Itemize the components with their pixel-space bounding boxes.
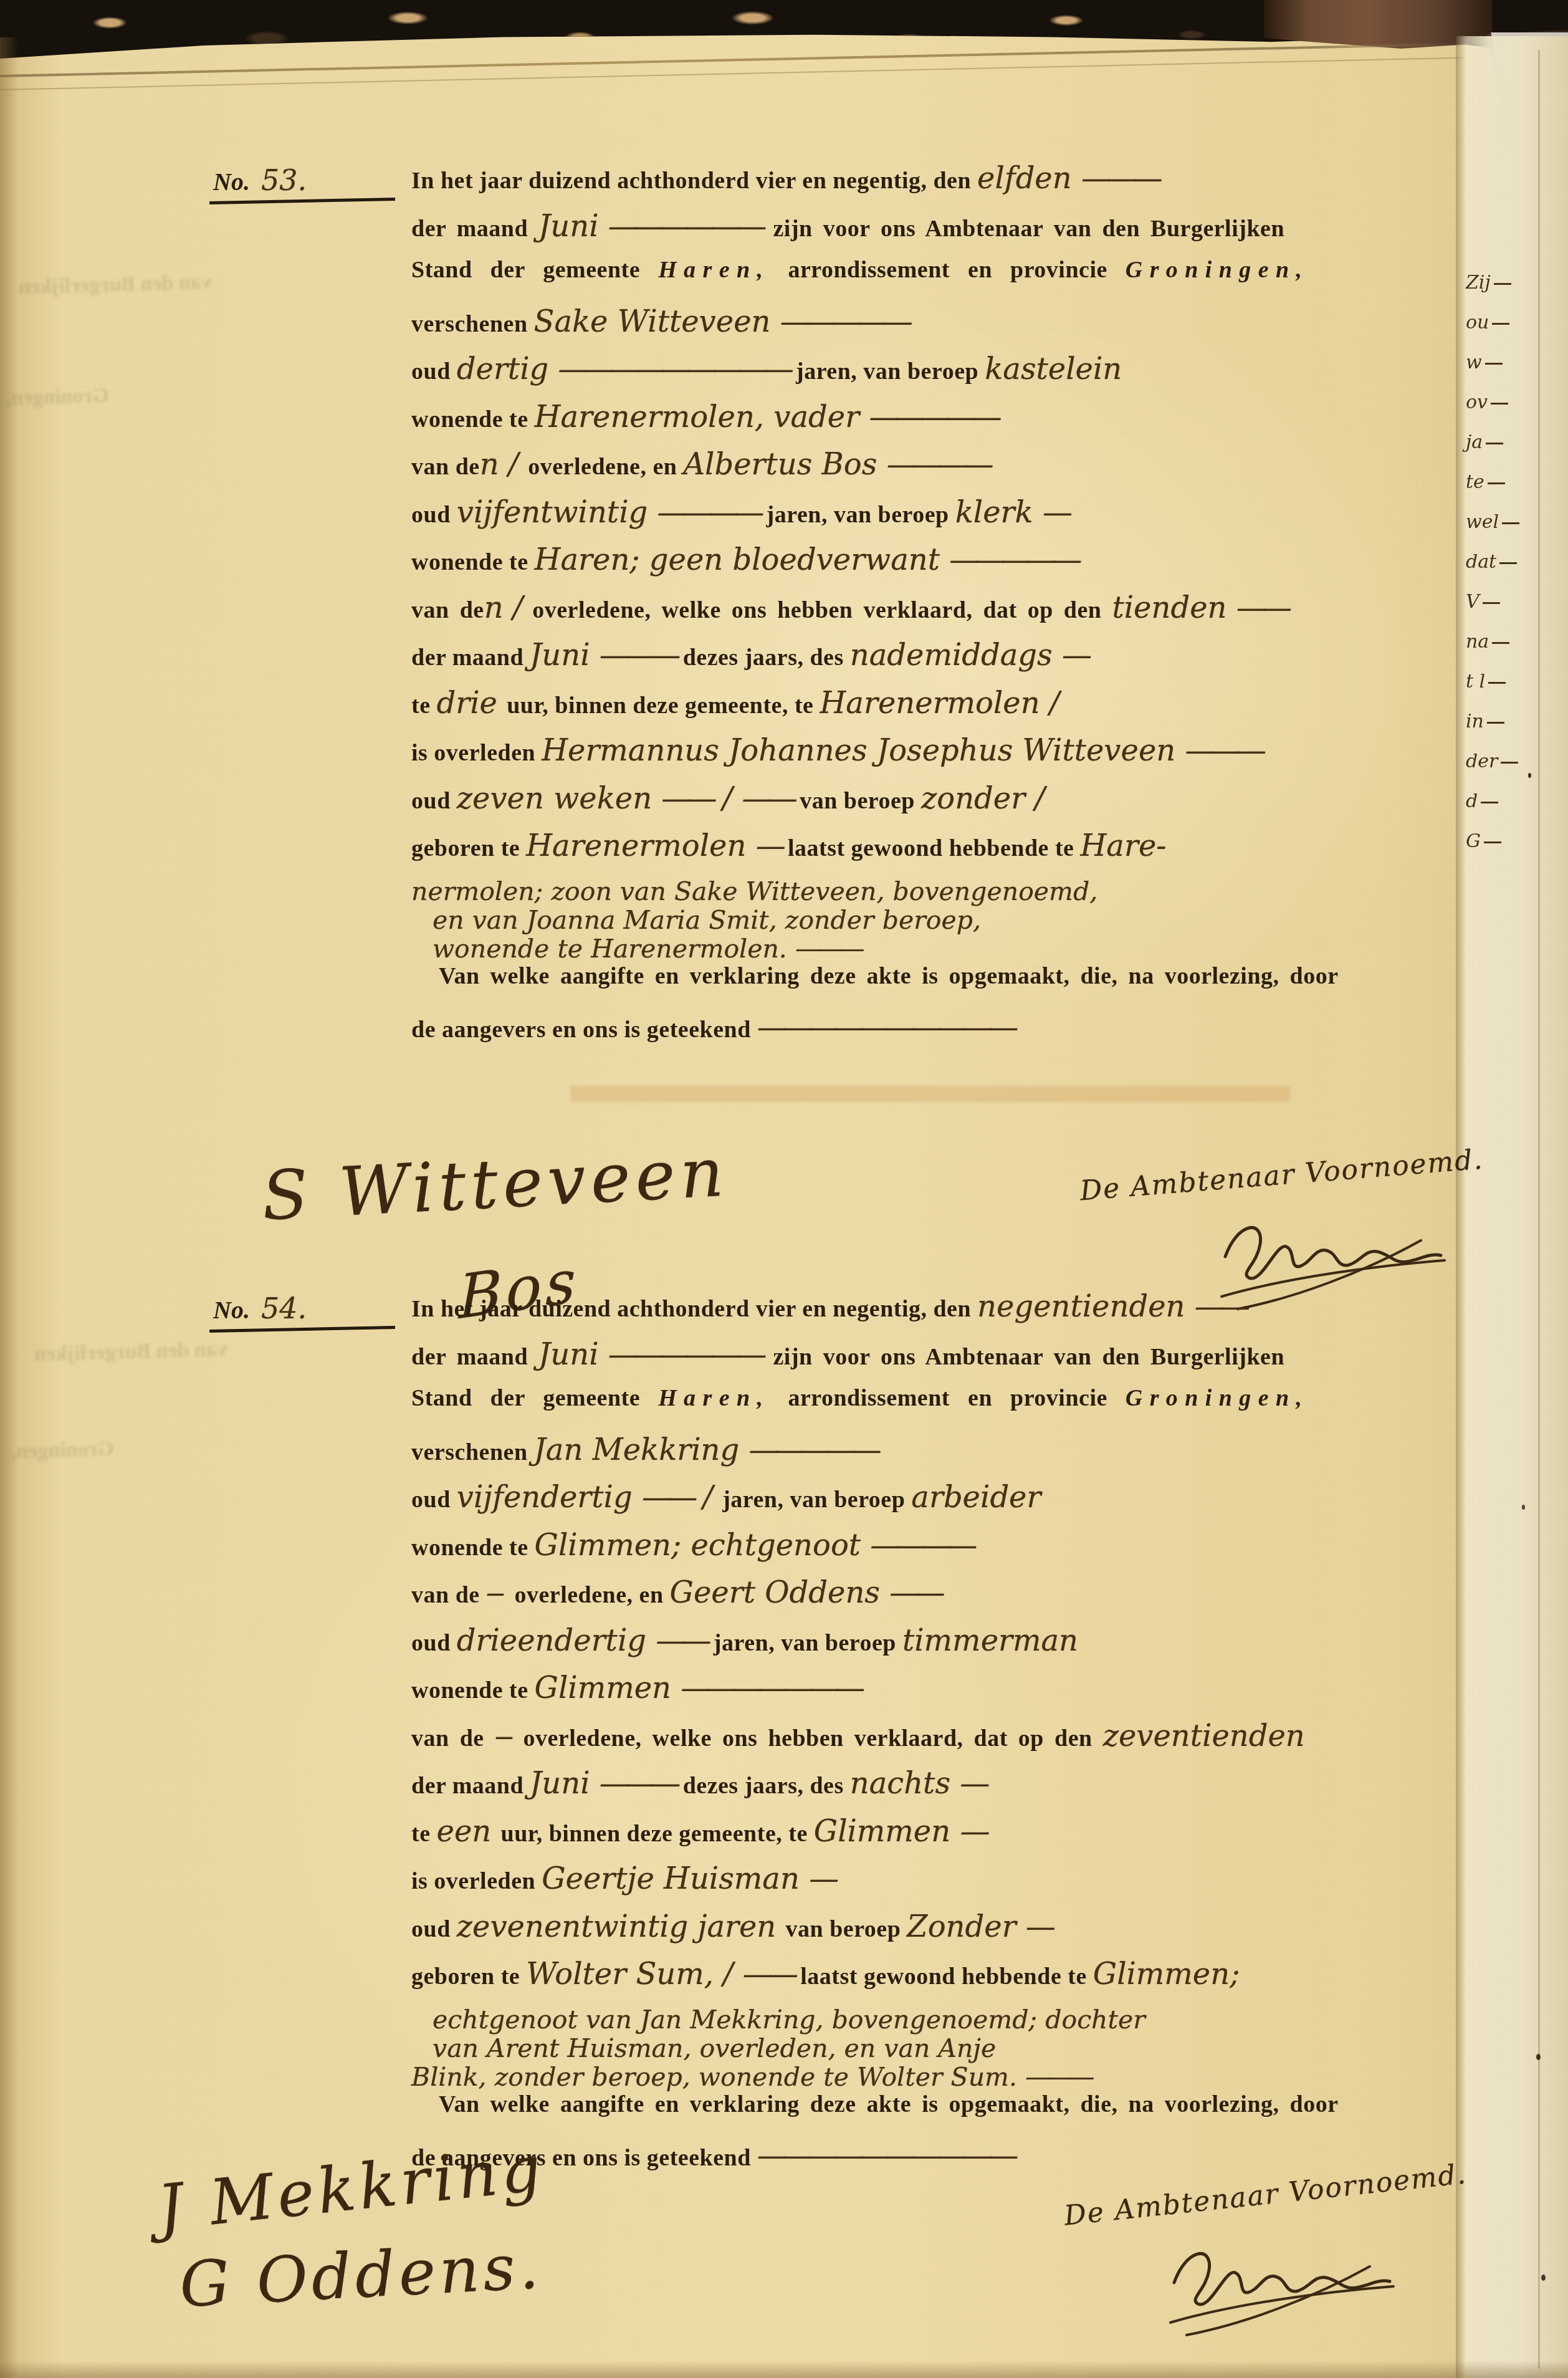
- record-number-value: 53.: [261, 163, 307, 197]
- handwritten-text: Glimmen: [814, 1814, 960, 1849]
- handwritten-text: Harenermolen /: [820, 686, 1059, 721]
- pen-rule: —: [960, 1766, 985, 1801]
- act-line: echtgenoot van Jan Mekkring, bovengenoem…: [411, 2005, 1458, 2033]
- handwritten-text: van Arent Huisman, overleden, en van Anj…: [433, 2033, 996, 2063]
- printed-text: laatst gewoond hebbende te: [794, 1963, 1093, 1990]
- act-line: van den / overledene, welke ons hebben v…: [411, 590, 1458, 638]
- pen-rule: —: [1043, 495, 1068, 530]
- record-number-value: 54.: [261, 1292, 307, 1325]
- pen-rule: —————————: [558, 352, 790, 386]
- printed-text: overledene, en: [514, 1582, 669, 1608]
- pen-rule: ———: [1081, 161, 1159, 196]
- handwritten-text: Zonder: [907, 1909, 1026, 1944]
- edge-fragment: G: [1466, 830, 1566, 870]
- handwritten-text: een: [437, 1814, 501, 1849]
- act-line: is overleden Hermannus Johannes Josephus…: [411, 733, 1458, 781]
- act-line: der maand Juni —————— zijn voor ons Ambt…: [411, 209, 1458, 257]
- printed-text: wonende te: [411, 1535, 535, 1561]
- edge-fragment: t l: [1466, 671, 1566, 711]
- handwritten-text: echtgenoot van Jan Mekkring, bovengenoem…: [433, 2005, 1145, 2035]
- printed-text: jaren, van beroep: [722, 1487, 911, 1513]
- official-signature-icon: [1164, 2229, 1432, 2338]
- handwritten-text: Juni: [538, 1337, 608, 1372]
- printed-text: oud: [411, 502, 457, 528]
- act-line: Blink, zonder beroep, wonende te Wolter …: [411, 2062, 1458, 2091]
- pen-rule: —————: [780, 304, 909, 339]
- edge-fragment: V: [1466, 591, 1566, 631]
- act-line: wonende te Glimmen; echtgenoot ————: [411, 1528, 1458, 1576]
- act-line: oud vijfendertig —— / jaren, van beroep …: [411, 1480, 1458, 1528]
- handwritten-text: dertig: [457, 352, 558, 386]
- act-line: wonende te Haren; geen bloedverwant ————…: [411, 542, 1458, 590]
- printed-text: In het jaar duizend achthonderd vier en …: [411, 168, 977, 194]
- handwritten-text: nermolen; zoon van Sake Witteveen, boven…: [411, 876, 1097, 906]
- handwritten-text: Juni: [538, 209, 608, 244]
- act-line: nermolen; zoon van Sake Witteveen, boven…: [411, 876, 1458, 905]
- printed-text: arrondissement en provincie: [770, 257, 1125, 283]
- pen-rule: ——: [661, 781, 713, 816]
- pen-rule: ———: [795, 934, 861, 964]
- printed-text: overledene, en: [528, 454, 683, 480]
- pen-rule: ——: [742, 781, 794, 816]
- act-line: van de ‒ overledene, welke ons hebben ve…: [411, 1719, 1458, 1767]
- printed-text: wonende te: [411, 549, 535, 575]
- handwritten-text: nachts: [850, 1766, 960, 1801]
- edge-fragment: w: [1466, 352, 1566, 391]
- pen-rule: —————: [869, 400, 997, 434]
- printed-text: oud: [411, 1916, 457, 1942]
- record-number-label: No.: [213, 168, 250, 196]
- act-line: In het jaar duizend achthonderd vier en …: [411, 1289, 1458, 1337]
- printed-text: jaren, van beroep: [790, 358, 985, 385]
- handwritten-text: Albertus Bos: [683, 447, 886, 482]
- act-line: Van welke aangifte en verklaring deze ak…: [411, 2091, 1458, 2139]
- act-line: wonende te Harenermolen. ———: [411, 934, 1458, 962]
- pen-rule: ———————: [681, 1671, 861, 1705]
- printed-text: wonende te: [411, 406, 535, 433]
- handwritten-text: n /: [484, 590, 533, 625]
- printed-text: van beroep: [786, 1916, 907, 1942]
- printed-text: te: [411, 1821, 437, 1847]
- signature-g-oddens: G Oddens.: [178, 2230, 544, 2321]
- printed-text: verschenen: [411, 311, 534, 337]
- pen-rule: —: [809, 1861, 834, 1896]
- act-line: Stand der gemeente Haren, arrondissement…: [411, 1384, 1458, 1432]
- handwritten-text: zeven weken: [457, 781, 662, 816]
- handwritten-text: timmerman: [902, 1623, 1078, 1658]
- printed-text: van de: [411, 454, 480, 480]
- printed-text: uur, binnen deze gemeente, te: [501, 1821, 814, 1847]
- handwritten-text: kastelein: [985, 352, 1122, 386]
- act-line: Van welke aangifte en verklaring deze ak…: [411, 962, 1458, 1010]
- handwritten-text: ‒: [495, 1719, 523, 1753]
- printed-text: is overleden: [411, 1868, 542, 1894]
- edge-fragment: Zij: [1466, 272, 1566, 312]
- pen-rule: ——: [889, 1575, 941, 1610]
- printed-text: geboren te: [411, 1963, 526, 1990]
- bleed-through-text: Groningen,: [11, 1437, 115, 1464]
- handwritten-text: zonder /: [921, 781, 1045, 816]
- edge-fragment: ov: [1466, 391, 1566, 431]
- printed-text: Stand der gemeente: [411, 1385, 658, 1411]
- act-line: te een uur, binnen deze gemeente, te Gli…: [411, 1814, 1458, 1862]
- handwritten-text: wonende te Harenermolen.: [433, 934, 795, 964]
- printed-text: laatst gewoond hebbende te: [782, 835, 1081, 861]
- act-line: te drie uur, binnen deze gemeente, te Ha…: [411, 686, 1458, 734]
- act-line: van de ‒ overledene, en Geert Oddens ——: [411, 1575, 1458, 1623]
- bleed-through-text: van den Burgerlijken: [19, 271, 213, 299]
- printed-text: jaren, van beroep: [760, 502, 955, 528]
- handwritten-text: Wolter Sum, /: [526, 1957, 742, 1992]
- handwritten-text: Harenermolen: [526, 828, 755, 863]
- printed-text: overledene, welke ons hebben verklaard, …: [532, 597, 1112, 623]
- printed-text: is overleden: [411, 740, 542, 766]
- printed-text: van beroep: [793, 788, 921, 814]
- adjacent-page-text-fragments: ZijouwovjateweldatVnat linderdG: [1466, 272, 1566, 870]
- handwritten-text: drieendertig: [457, 1623, 656, 1658]
- pen-rule: ——: [656, 1623, 707, 1658]
- printed-text: In het jaar duizend achthonderd vier en …: [411, 1296, 977, 1322]
- death-record-54: No. 54. In het jaar duizend achthonderd …: [411, 1289, 1458, 2186]
- printed-text: van de: [411, 597, 484, 623]
- handwritten-text: n /: [480, 447, 528, 482]
- printed-text: jaren, van beroep: [707, 1630, 902, 1656]
- act-line: oud drieendertig —— jaren, van beroep ti…: [411, 1623, 1458, 1671]
- handwritten-text: en van Joanna Maria Smit, zonder beroep,: [433, 905, 981, 935]
- edge-fragment: na: [1466, 631, 1566, 671]
- handwritten-text: Geert Oddens: [670, 1575, 890, 1610]
- page-bottom-edge: [0, 2361, 1568, 2378]
- printed-text: dezes jaars, des: [677, 645, 850, 671]
- pen-rule: ———: [1185, 733, 1262, 768]
- printed-text: Groningen,: [1126, 1385, 1309, 1411]
- printed-text: geboren te: [411, 835, 526, 861]
- printed-text: wonende te: [411, 1677, 535, 1704]
- printed-text: dezes jaars, des: [677, 1773, 850, 1799]
- edge-fragment: der: [1466, 750, 1566, 790]
- act-line: van den / overledene, en Albertus Bos ——…: [411, 447, 1458, 495]
- handwritten-text: Haren; geen bloedverwant: [535, 542, 950, 577]
- act-line: oud zeven weken —— / —— van beroep zonde…: [411, 781, 1458, 829]
- pen-rule: —: [1026, 1909, 1051, 1944]
- pen-rule: —————: [748, 1432, 877, 1467]
- act-line: oud vijfentwintig ———— jaren, van beroep…: [411, 495, 1458, 543]
- handwritten-text: ‒: [486, 1575, 515, 1610]
- printed-text: verschenen: [411, 1439, 534, 1465]
- act-line: der maand Juni —————— zijn voor ons Ambt…: [411, 1337, 1458, 1385]
- register-page: van den Burgerlijken Groningen, van den …: [0, 0, 1568, 2378]
- printed-text: Stand der gemeente: [411, 257, 658, 283]
- pen-rule: ——: [1195, 1289, 1246, 1324]
- handwritten-text: /: [693, 1480, 722, 1515]
- printed-text: uur, binnen deze gemeente, te: [507, 693, 820, 719]
- printed-text: arrondissement en provincie: [770, 1385, 1125, 1411]
- printed-text: oud: [411, 358, 457, 385]
- handwritten-text: Juni: [530, 638, 600, 673]
- act-line: Stand der gemeente Haren, arrondissement…: [411, 256, 1458, 304]
- act-line: der maand Juni ——— dezes jaars, des nach…: [411, 1766, 1458, 1814]
- pen-rule: ——————: [608, 209, 763, 244]
- bleed-through-text: Groningen,: [6, 384, 110, 410]
- pen-rule: ————: [657, 495, 760, 530]
- printed-text: Groningen,: [1126, 257, 1309, 283]
- printed-text: van de: [411, 1582, 486, 1608]
- handwritten-text: Glimmen: [535, 1671, 681, 1705]
- printed-text: der maand: [411, 216, 538, 242]
- printed-text: overledene, welke ons hebben verklaard, …: [523, 1725, 1102, 1752]
- bleed-through-text: van den Burgerlijken: [34, 1338, 228, 1366]
- printed-text: de aangevers en ons is geteekend: [411, 1017, 757, 1043]
- printed-text: oud: [411, 1630, 457, 1656]
- act-line: en van Joanna Maria Smit, zonder beroep,: [411, 905, 1458, 934]
- printed-text: zijn voor ons Ambtenaar van den Burgerli…: [762, 1344, 1284, 1370]
- record-number-label: No.: [213, 1296, 250, 1324]
- handwritten-text: nademiddags: [850, 638, 1062, 673]
- pen-rule: ——————————: [757, 2138, 1015, 2173]
- pen-rule: ——: [642, 1480, 694, 1515]
- printed-text: oud: [411, 1487, 457, 1513]
- record-number-underline: [209, 198, 395, 204]
- act-line: der maand Juni ——— dezes jaars, des nade…: [411, 638, 1458, 686]
- scan-light-band: [570, 1086, 1290, 1102]
- handwritten-text: vijfendertig: [457, 1480, 642, 1515]
- pen-rule: —: [756, 828, 782, 863]
- death-record-53: No. 53. In het jaar duizend achthonderd …: [411, 161, 1458, 1058]
- pen-rule: —: [960, 1814, 985, 1849]
- act-line: In het jaar duizend achthonderd vier en …: [411, 161, 1458, 209]
- record-number-underline: [209, 1326, 395, 1333]
- handwritten-text: Glimmen;: [1093, 1957, 1240, 1992]
- printed-text: van de: [411, 1725, 495, 1752]
- handwritten-text: Geertje Huisman: [542, 1861, 809, 1896]
- record-number: No. 53.: [213, 163, 307, 197]
- printed-text: oud: [411, 788, 457, 814]
- act-line: van Arent Huisman, overleden, en van Anj…: [411, 2033, 1458, 2062]
- printed-text: zijn voor ons Ambtenaar van den Burgerli…: [762, 216, 1284, 242]
- act-body: In het jaar duizend achthonderd vier en …: [411, 161, 1458, 1058]
- pen-rule: —: [1062, 638, 1088, 673]
- handwritten-text: tienden: [1112, 590, 1236, 625]
- signature-s-witteveen: S Witteveen: [260, 1133, 730, 1235]
- pen-rule: ———: [600, 1766, 677, 1801]
- handwritten-text: Juni: [530, 1766, 600, 1801]
- handwritten-text: arbeider: [911, 1480, 1041, 1515]
- handwritten-text: Harenermolen, vader: [535, 400, 869, 434]
- printed-text: Haren,: [658, 1385, 770, 1411]
- pen-rule: ————: [887, 447, 990, 482]
- handwritten-text: elfden: [977, 161, 1081, 196]
- pen-rule: ———: [600, 638, 677, 673]
- handwritten-text: Hare-: [1080, 828, 1166, 863]
- edge-fragment: ja: [1466, 431, 1566, 471]
- act-line: wonende te Glimmen ———————: [411, 1671, 1458, 1719]
- printed-text: der maand: [411, 1773, 530, 1799]
- edge-fragment: dat: [1466, 551, 1566, 591]
- handwritten-text: /: [713, 781, 742, 816]
- printed-text: te: [411, 693, 437, 719]
- record-number: No. 54.: [213, 1292, 307, 1325]
- handwritten-text: negentienden: [977, 1289, 1195, 1324]
- pen-rule: ———: [1025, 2062, 1091, 2092]
- paper-crease: [0, 43, 1465, 77]
- handwritten-text: zeventienden: [1103, 1719, 1305, 1753]
- paper-crease: [0, 57, 1463, 90]
- handwritten-text: Glimmen; echtgenoot: [535, 1528, 871, 1563]
- handwritten-text: drie: [437, 686, 507, 721]
- edge-fragment: in: [1466, 711, 1566, 750]
- act-line: verschenen Jan Mekkring —————: [411, 1432, 1458, 1480]
- handwritten-text: Jan Mekkring: [534, 1432, 749, 1467]
- handwritten-text: klerk: [955, 495, 1043, 530]
- pen-rule: ——: [1236, 590, 1288, 625]
- pen-rule: ————: [870, 1528, 973, 1563]
- pen-rule: ——: [743, 1957, 795, 1992]
- edge-fragment: ou: [1466, 312, 1566, 352]
- printed-text: Van welke aangifte en verklaring deze ak…: [439, 2091, 1339, 2117]
- act-line: verschenen Sake Witteveen —————: [411, 304, 1458, 352]
- printed-text: der maand: [411, 1344, 538, 1370]
- edge-fragment: wel: [1466, 511, 1566, 551]
- act-line: is overleden Geertje Huisman —: [411, 1861, 1458, 1909]
- act-line: de aangevers en ons is geteekend ———————…: [411, 1010, 1458, 1058]
- handwritten-text: vijfentwintig: [457, 495, 657, 530]
- signature-j-mekkring: J Mekkring: [155, 2132, 548, 2245]
- printed-text: Van welke aangifte en verklaring deze ak…: [439, 963, 1339, 989]
- edge-fragment: d: [1466, 790, 1566, 830]
- pen-rule: —————: [949, 542, 1078, 577]
- act-line: geboren te Wolter Sum, / —— laatst gewoo…: [411, 1957, 1458, 2005]
- handwritten-text: zevenentwintig jaren: [457, 1909, 786, 1944]
- act-line: geboren te Harenermolen — laatst gewoond…: [411, 828, 1458, 876]
- official-closing-label: De Ambtenaar Voornoemd.: [1079, 1144, 1484, 1207]
- handwritten-text: Sake Witteveen: [534, 304, 780, 339]
- printed-text: der maand: [411, 645, 530, 671]
- handwritten-text: Hermannus Johannes Josephus Witteveen: [542, 733, 1185, 768]
- act-line: wonende te Harenermolen, vader —————: [411, 400, 1458, 448]
- edge-fragment: te: [1466, 471, 1566, 511]
- act-body: In het jaar duizend achthonderd vier en …: [411, 1289, 1458, 2186]
- printed-text: Haren,: [658, 257, 770, 283]
- handwritten-text: Blink, zonder beroep, wonende te Wolter …: [411, 2062, 1025, 2092]
- pen-rule: ——————: [608, 1337, 763, 1372]
- pen-rule: ——————————: [757, 1010, 1015, 1045]
- act-line: oud dertig ————————— jaren, van beroep k…: [411, 352, 1458, 400]
- act-line: oud zevenentwintig jaren van beroep Zond…: [411, 1909, 1458, 1957]
